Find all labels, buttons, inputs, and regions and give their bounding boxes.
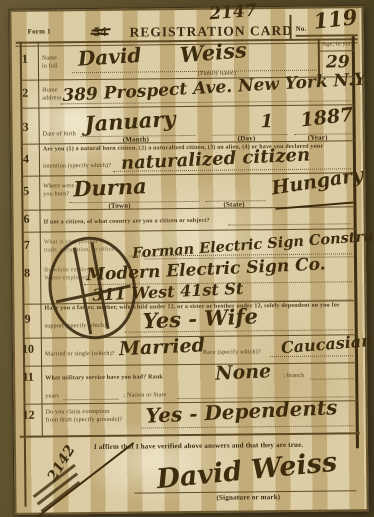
name-label: Namein full xyxy=(42,55,58,70)
row5-number: 5 xyxy=(15,184,37,199)
row12-number: 12 xyxy=(18,408,40,423)
registration-card: Form 1 54 REGISTRATION CARD 2147 No. 119… xyxy=(9,6,368,515)
birthplace-town-value: Durna xyxy=(73,173,147,201)
row9-number: 9 xyxy=(17,312,39,327)
age-value: 29 xyxy=(326,52,350,72)
marital-label: Married or single (which)? xyxy=(45,351,115,359)
birthplace-state-line xyxy=(205,199,265,202)
row10-number: 10 xyxy=(17,342,39,357)
registration-no-label: No. xyxy=(296,25,307,33)
military-years-line xyxy=(63,398,118,401)
date-of-birth-label: Date of birth xyxy=(43,131,76,139)
marital-answer: Married xyxy=(118,334,205,360)
birth-day-caption: (Day) xyxy=(238,134,256,142)
name-answer-line xyxy=(72,69,317,74)
home-address-label: Homeaddress xyxy=(42,87,62,102)
row1-number: 1 xyxy=(14,52,36,67)
exemption-answer: Yes - Dependents xyxy=(145,395,338,428)
registration-number-underline xyxy=(296,34,358,37)
last-name-value: Weiss xyxy=(179,37,248,67)
military-years-label: years xyxy=(45,393,59,401)
row-separator xyxy=(23,362,357,366)
row11-number: 11 xyxy=(17,370,39,385)
birth-day-value: 1 xyxy=(260,111,273,132)
row6-number: 6 xyxy=(15,212,37,227)
dependents-support-label: support (specify which)? xyxy=(45,323,110,331)
screenshot-root: { "header": { "form_label": "Form 1", "s… xyxy=(0,0,374,517)
alien-country-line xyxy=(229,222,351,225)
birth-month-caption: (Month) xyxy=(123,135,149,143)
birth-month-value: January xyxy=(84,106,176,137)
registration-number: 119 xyxy=(312,4,358,34)
signature-value: David Weiss xyxy=(155,447,338,496)
form-number-label: Form 1 xyxy=(28,27,51,35)
race-answer-line xyxy=(270,354,353,357)
military-branch-label: ; branch xyxy=(283,373,304,381)
alien-country-question: If not a citizen, of what country are yo… xyxy=(44,218,210,227)
row4-number: 4 xyxy=(15,152,37,167)
first-name-value: David xyxy=(77,43,142,71)
row3-number: 3 xyxy=(15,120,37,135)
birth-year-caption: (Year) xyxy=(308,134,328,142)
military-service-answer: None xyxy=(215,360,272,385)
age-label: Age, in yrs. xyxy=(322,41,352,49)
birthplace-town-line xyxy=(69,200,199,203)
race-label: Race (specify which)? xyxy=(203,349,261,357)
military-branch-line xyxy=(310,377,353,379)
military-service-label: What military service have you had? Rank xyxy=(45,374,163,383)
header-divider-line xyxy=(289,15,291,39)
military-nation-label: ; Nation or State xyxy=(123,392,166,400)
card-title: REGISTRATION CARD xyxy=(130,23,294,41)
row2-number: 2 xyxy=(14,86,36,101)
exemption-label: Do you claim exemptionfrom draft (specif… xyxy=(46,409,123,425)
handwritten-serial-number: 2147 xyxy=(209,1,258,25)
birthplace-town-caption: (Town) xyxy=(108,202,130,210)
age-box-line xyxy=(318,39,320,77)
birth-year-value: 1887 xyxy=(299,104,354,132)
frame-bottom-line xyxy=(20,432,360,438)
birthplace-state-caption: (State) xyxy=(223,200,244,208)
signature-caption: (Signature or mark) xyxy=(216,493,280,502)
birthplace-label: Where wereyou born? xyxy=(43,183,74,198)
citizenship-intention-label: intention (specify which)? xyxy=(43,163,111,171)
struck-serial-stamp: 54 xyxy=(94,24,107,39)
